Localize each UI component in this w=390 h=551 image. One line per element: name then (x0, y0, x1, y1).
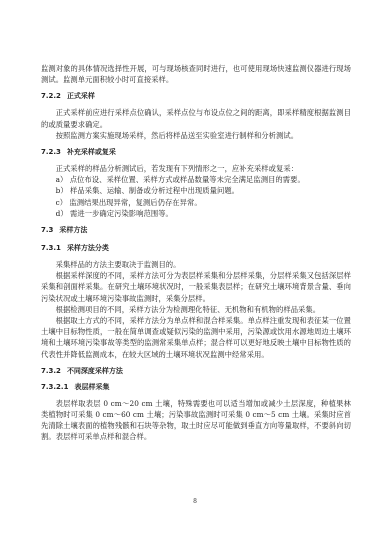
section-number: 7.2.2 (41, 91, 61, 102)
intro-paragraph: 监测对象的具体情况选择性开展，可与现场核查同时进行，也可使用现场快速监测仪器进行… (41, 63, 351, 85)
paragraph: 根据检测项目的不同，采样方法分为检测理化特征、无机物和有机物的样品采集。 (41, 304, 351, 315)
section-heading-7-3-2: 7.3.2不同深度采样方法 (41, 366, 351, 377)
section-number: 7.2.3 (41, 147, 61, 158)
paragraph: 正式采样前应进行采样点位确认，采样点位与布设点位之间的距离，即采样精度根据监测目… (41, 107, 351, 129)
section-title: 不同深度采样方法 (67, 367, 123, 375)
section-title: 正式采样 (67, 92, 95, 100)
section-title: 采样方法 (59, 226, 87, 234)
page-number: 8 (0, 498, 390, 505)
section-title: 表层样采集 (74, 383, 109, 391)
section-heading-7-3-1: 7.3.1采样方法分类 (41, 243, 351, 254)
section-number: 7.3.2.1 (41, 382, 68, 393)
paragraph: 根据取土方式的不同，采样方法分为单点样和混合样采集。单点样注重发现和表征某一位置… (41, 315, 351, 360)
section-number: 7.3 (41, 225, 53, 236)
document-page: 监测对象的具体情况选择性开展，可与现场核查同时进行，也可使用现场快速监测仪器进行… (0, 0, 390, 551)
paragraph: 表层样取表层 0 cm～20 cm 土壤，特殊需要也可以适当增加或减少土层深度，… (41, 398, 351, 443)
paragraph: 按照监测方案实施现场采样，然后将样品送至实验室进行制样和分析测试。 (41, 130, 351, 141)
section-number: 7.3.2 (41, 366, 61, 377)
list-item: a） 点位布设、采样位置、采样方式或样品数量等未完全满足监测目的需要。 (41, 174, 351, 185)
section-number: 7.3.1 (41, 243, 61, 254)
page-content: 监测对象的具体情况选择性开展，可与现场核查同时进行，也可使用现场快速监测仪器进行… (41, 63, 351, 443)
list-item: d） 需进一步确定污染影响范围等。 (41, 208, 351, 219)
paragraph: 正式采样的样品分析测试后，若发现有下列情形之一，应补充采样或复采： (41, 163, 351, 174)
section-heading-7-2-2: 7.2.2正式采样 (41, 91, 351, 102)
section-heading-7-2-3: 7.2.3补充采样或复采 (41, 147, 351, 158)
section-title: 补充采样或复采 (67, 148, 116, 156)
paragraph: 根据采样深度的不同，采样方法可分为表层样采集和分层样采集，分层样采集又包括深层样… (41, 270, 351, 304)
list-item: c） 监测结果出现异常，复测后仍存在异常。 (41, 197, 351, 208)
section-heading-7-3-2-1: 7.3.2.1表层样采集 (41, 382, 351, 393)
section-title: 采样方法分类 (67, 244, 109, 252)
section-heading-7-3: 7.3采样方法 (41, 225, 351, 236)
paragraph: 采集样品的方法主要取决于监测目的。 (41, 259, 351, 270)
list-item: b） 样品采集、运输、制备或分析过程中出现质量问题。 (41, 185, 351, 196)
